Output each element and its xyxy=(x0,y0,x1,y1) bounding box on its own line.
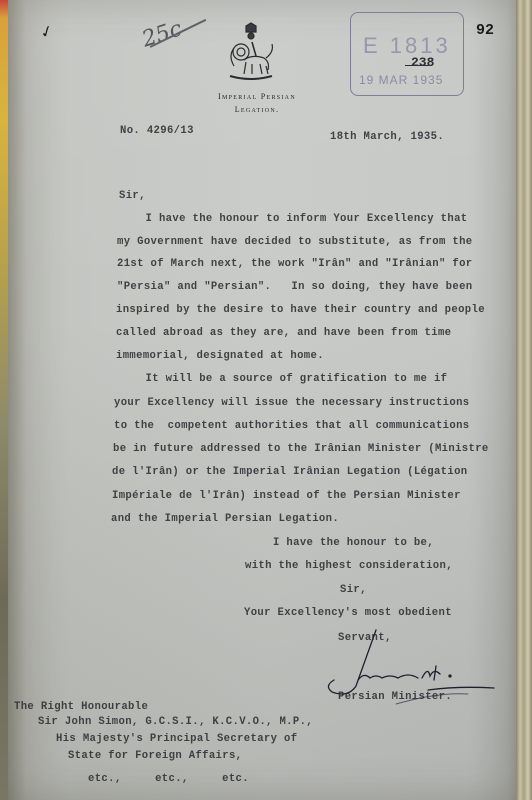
body-line: immemorial, designated at home. xyxy=(116,350,324,362)
body-line: Impériale de l'Irân) instead of the Pers… xyxy=(112,490,461,502)
body-line: 21st of March next, the work "Irân" and … xyxy=(117,258,473,270)
addressee-line: Sir John Simon, G.C.S.I., K.C.V.O., M.P.… xyxy=(38,716,313,728)
body-line: "Persia" and "Persian". In so doing, the… xyxy=(117,281,473,293)
page-stack-edge xyxy=(516,0,532,800)
closing-line: Your Excellency's most obedient xyxy=(244,607,452,619)
letterhead-line-1: Imperial Persian xyxy=(202,90,312,103)
body-line: your Excellency will issue the necessary… xyxy=(114,397,470,409)
addressee-line: His Majesty's Principal Secretary of xyxy=(56,733,297,745)
body-line: and the Imperial Persian Legation. xyxy=(111,513,339,525)
body-line: inspired by the desire to have their cou… xyxy=(116,304,485,316)
stamp-file-number: E 1813 xyxy=(363,33,451,59)
body-line: It will be a source of gratification to … xyxy=(112,373,447,385)
addressee-line: State for Foreign Affairs, xyxy=(68,750,242,762)
stamp-strike-line xyxy=(405,65,429,66)
body-line: de l'Irân) or the Imperial Irânian Legat… xyxy=(112,466,468,478)
body-line: my Government have decided to substitute… xyxy=(117,236,473,248)
stamp-date: 19 MAR 1935 xyxy=(359,73,443,87)
letterhead-line-2: Legation. xyxy=(202,103,312,116)
letterhead: Imperial Persian Legation. xyxy=(202,90,312,116)
registry-stamp: E 1813 238 19 MAR 1935 xyxy=(350,12,464,96)
body-line: called abroad as they are, and have been… xyxy=(116,327,451,339)
lion-and-sun-crest-icon xyxy=(222,22,280,86)
reference-number: No. 4296/13 xyxy=(120,125,194,137)
addressee-line: etc., etc., etc. xyxy=(88,773,249,785)
body-line: to the competent authorities that all co… xyxy=(114,420,470,432)
folio-number: 92 xyxy=(476,22,494,39)
stamp-sub-number: 238 xyxy=(411,55,434,70)
letter-date: 18th March, 1935. xyxy=(330,131,444,143)
salutation: Sir, xyxy=(119,190,146,202)
body-line: I have the honour to inform Your Excelle… xyxy=(112,213,468,225)
addressee-line: The Right Honourable xyxy=(14,701,148,713)
closing-line: with the highest consideration, xyxy=(245,560,453,572)
closing-line: I have the honour to be, xyxy=(273,537,434,549)
signatory-title: Persian Minister. xyxy=(338,691,452,703)
body-line: be in future addressed to the Irânian Mi… xyxy=(113,443,489,455)
closing-line: Sir, xyxy=(340,584,367,596)
